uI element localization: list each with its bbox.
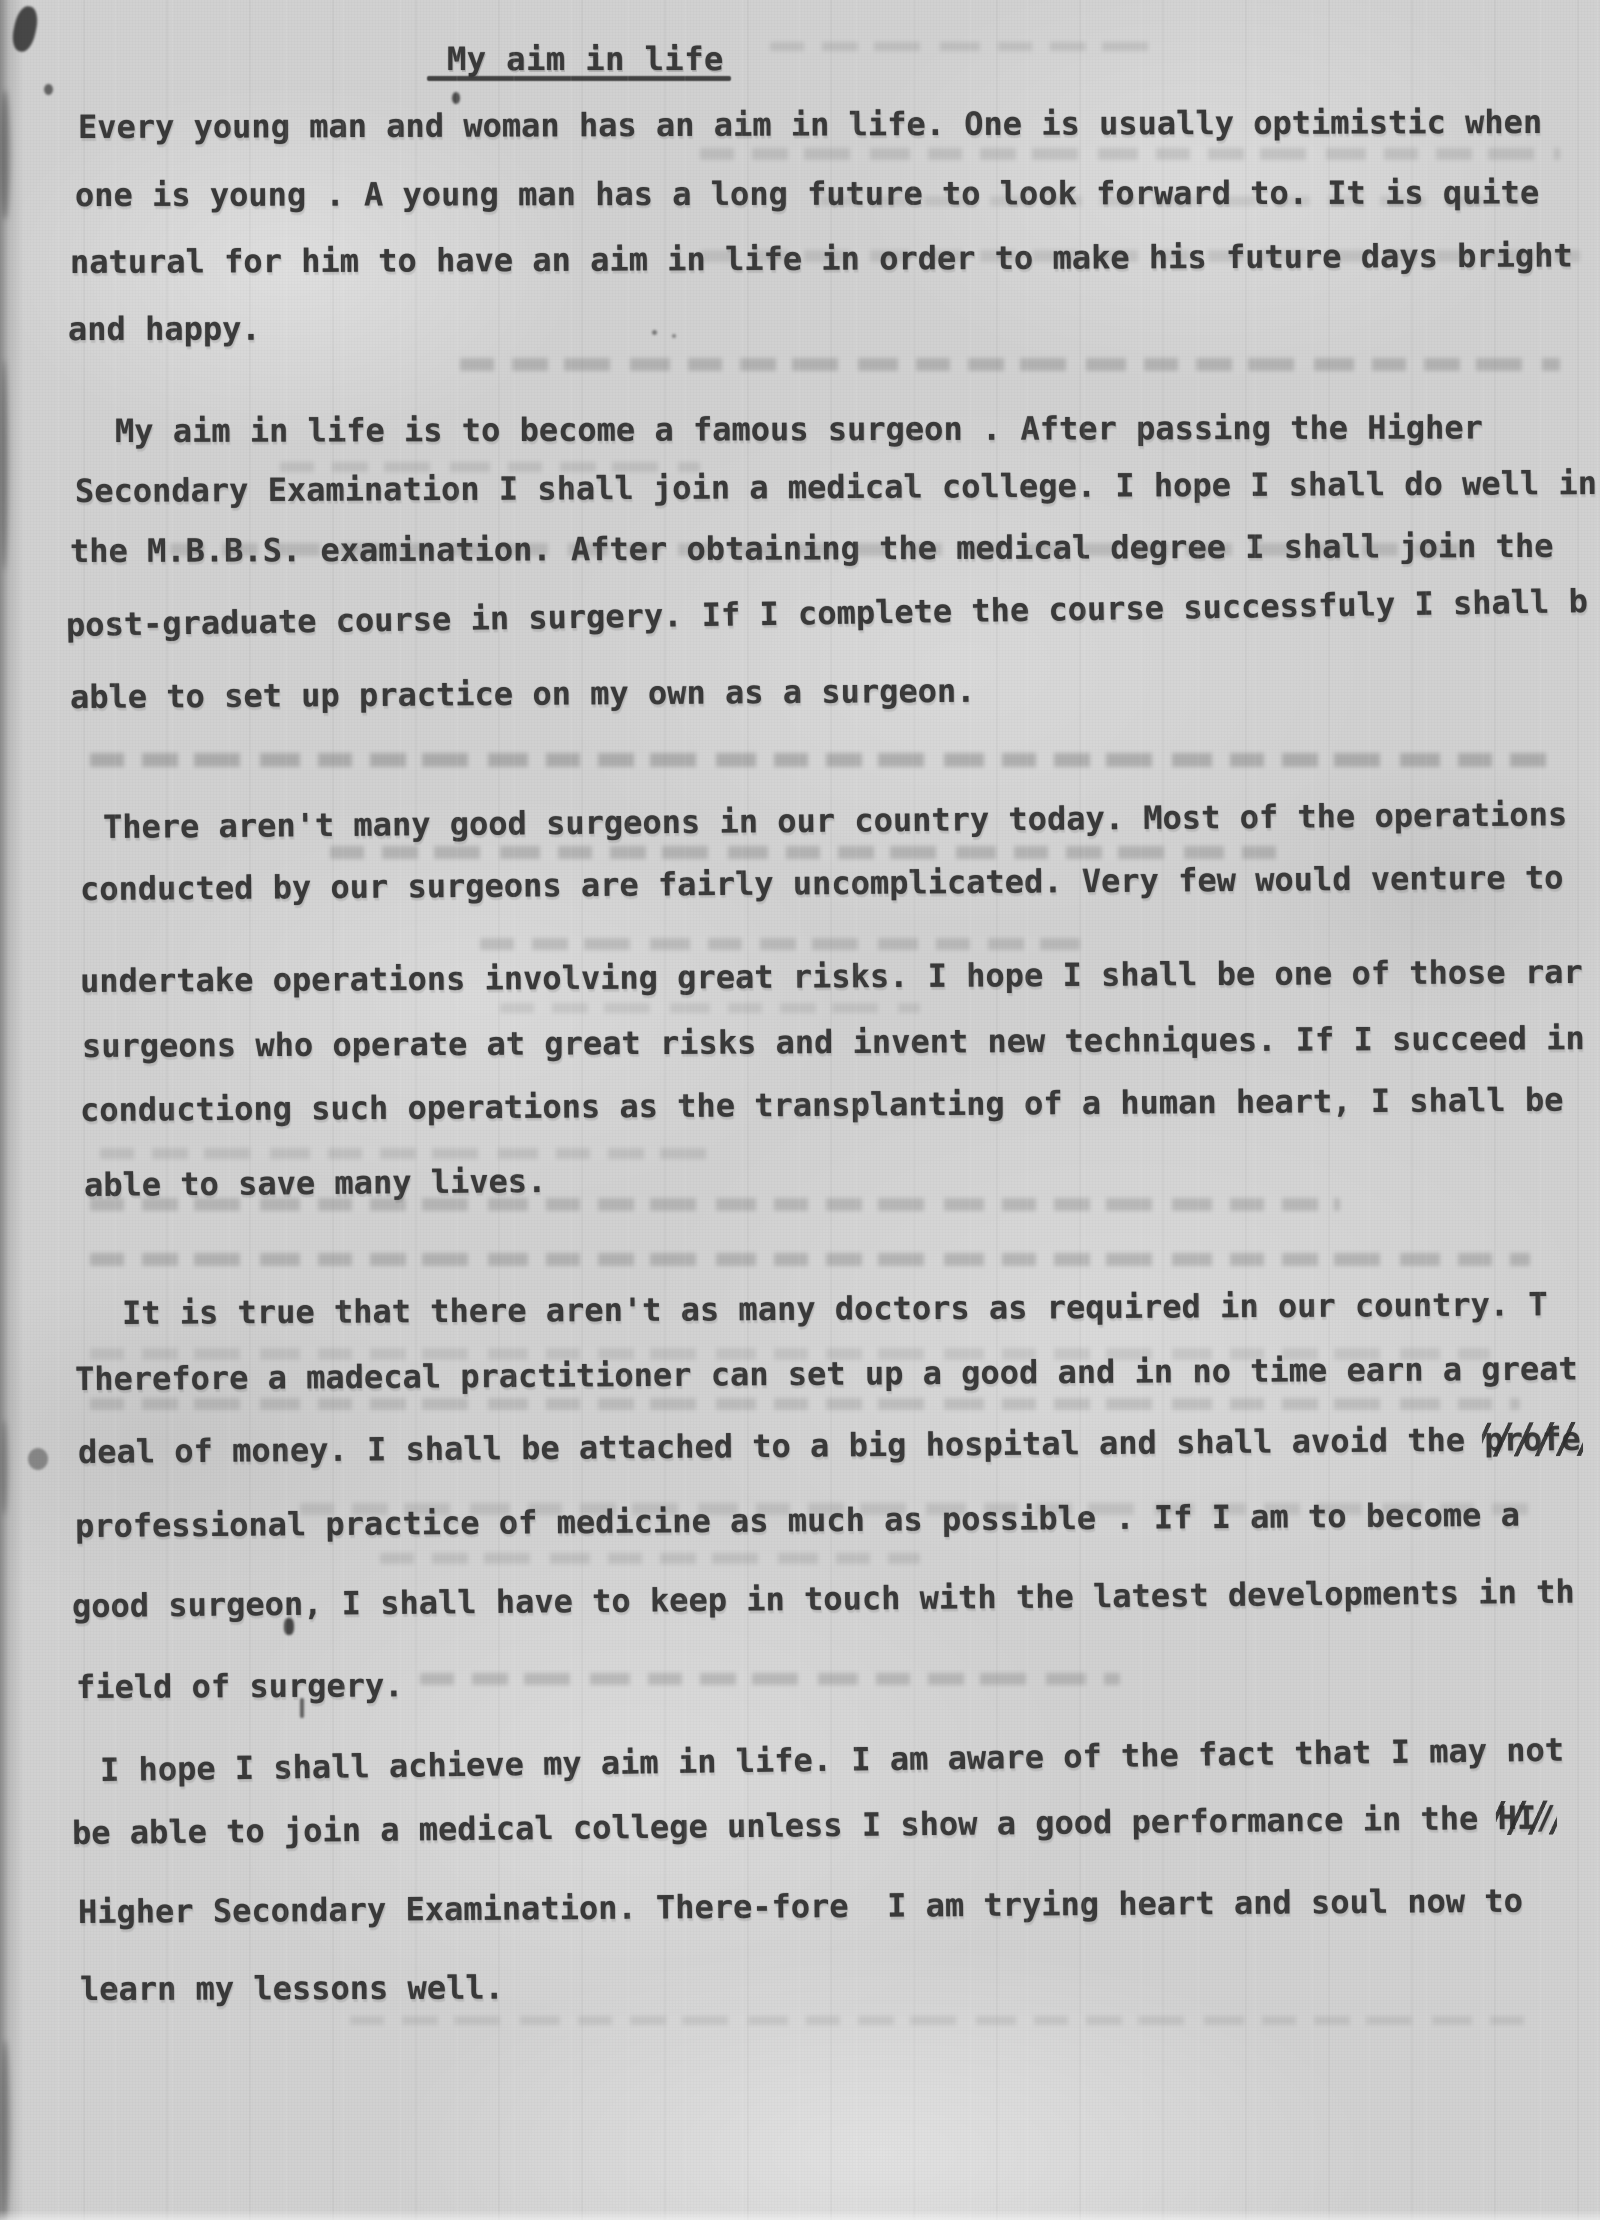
- text-line: Therefore a madecal practitioner can set…: [75, 1350, 1578, 1398]
- scanned-document-page: My aim in life Every young man and woman…: [0, 0, 1600, 2220]
- text-line: good surgeon, I shall have to keep in to…: [72, 1573, 1575, 1625]
- scan-edge-smudge: [0, 360, 8, 570]
- scan-bottom-edge: [0, 2210, 1600, 2220]
- text-line: learn my lessons well.: [80, 1969, 504, 2008]
- text-segment: deal of money. I shall be attached to a …: [78, 1421, 1485, 1471]
- ink-dot: [652, 330, 657, 335]
- bleed-through-band: [330, 846, 1280, 859]
- scan-edge-smudge: [0, 2040, 10, 2220]
- text-line: undertake operations involving great ris…: [80, 953, 1583, 1000]
- scan-edge-smudge: [0, 1420, 8, 1515]
- scan-left-edge-shadow: [0, 0, 26, 2220]
- bleed-through-band: [420, 1673, 1120, 1685]
- text-line: Secondary Examination I shall join a med…: [75, 464, 1597, 510]
- title-underline: [427, 76, 731, 81]
- bleed-through-band: [500, 1003, 920, 1013]
- text-line: able to save many lives.: [84, 1162, 547, 1204]
- text-line: conducted by our surgeons are fairly unc…: [80, 858, 1564, 908]
- text-line: It is true that there aren't as many doc…: [122, 1285, 1548, 1332]
- text-line: My aim in life is to become a famous sur…: [115, 408, 1483, 450]
- ink-dot: [672, 334, 676, 338]
- bleed-through-band: [90, 1398, 1520, 1410]
- text-line: deal of money. I shall be attached to a …: [78, 1420, 1581, 1471]
- document-title: My aim in life: [447, 40, 724, 78]
- margin-mark: [28, 1448, 48, 1470]
- bleed-through-band: [350, 2016, 1530, 2025]
- text-line: Every young man and woman has an aim in …: [78, 103, 1542, 146]
- text-line: field of surgery.: [76, 1666, 404, 1706]
- text-line: conductiong such operations as the trans…: [80, 1081, 1564, 1129]
- bleed-through-band: [480, 938, 1080, 950]
- bleed-through-band: [700, 148, 1560, 160]
- bleed-through-band: [770, 42, 1150, 51]
- text-line: able to set up practice on my own as a s…: [70, 672, 976, 716]
- strikethrough-text: profe: [1484, 1420, 1581, 1459]
- text-line: post-graduate course in surgery. If I co…: [66, 582, 1588, 644]
- text-line: professional practice of medicine as muc…: [75, 1496, 1520, 1545]
- text-line: I hope I shall achieve my aim in life. I…: [100, 1731, 1565, 1789]
- scan-edge-smudge: [0, 90, 10, 220]
- bleed-through-band: [90, 753, 1550, 767]
- bleed-through-band: [380, 1553, 920, 1564]
- text-line: Higher Secondary Examination. There-fore…: [78, 1882, 1523, 1931]
- text-segment: be able to join a medical college unless…: [72, 1799, 1498, 1852]
- ink-smudge: [44, 84, 53, 95]
- text-line: be able to join a medical college unless…: [72, 1798, 1556, 1852]
- strikethrough-text: HI/: [1497, 1798, 1555, 1837]
- bleed-through-band: [460, 358, 1560, 371]
- ink-dot: [452, 92, 460, 104]
- text-line: There aren't many good surgeons in our c…: [103, 795, 1567, 846]
- text-line: the M.B.B.S. examination. After obtainin…: [70, 527, 1554, 570]
- text-line: one is young . A young man has a long fu…: [75, 173, 1539, 214]
- text-line: and happy.: [68, 310, 261, 348]
- text-line: surgeons who operate at great risks and …: [82, 1019, 1585, 1065]
- bleed-through-band: [90, 1253, 1530, 1266]
- text-line: natural for him to have an aim in life i…: [70, 236, 1573, 281]
- bleed-through-band: [100, 1148, 720, 1159]
